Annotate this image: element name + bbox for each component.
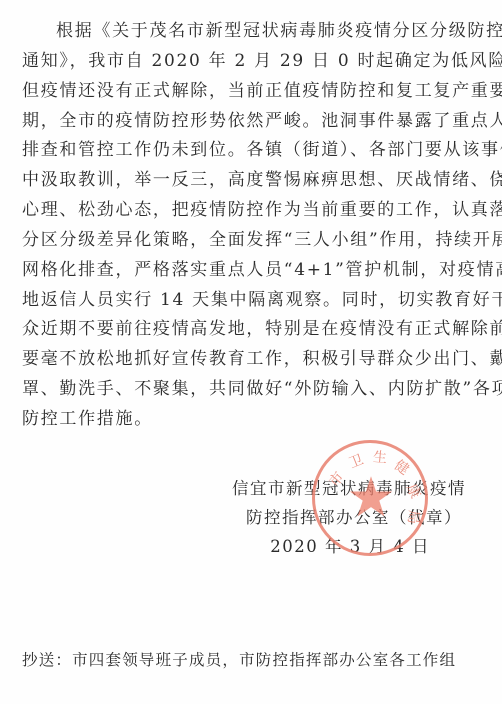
body-line: 中汲取教训，举一反三，高度警惕麻痹思想、厌战情绪、侥幸 (22, 166, 462, 196)
body-line: 众近期不要前往疫情高发地，特别是在疫情没有正式解除前， (22, 315, 462, 345)
body-line: 心理、松劲心态，把疫情防控作为当前重要的工作，认真落实 (22, 196, 462, 226)
body-paragraph: 根据《关于茂名市新型冠状病毒肺炎疫情分区分级防控的 通知》，我市自 2020 年… (22, 17, 462, 435)
seal-char: 卫 (346, 449, 366, 473)
issuer-line-1: 信宜市新型冠状病毒肺炎疫情 (216, 474, 466, 503)
body-line: 通知》，我市自 2020 年 2 月 29 日 0 时起确定为低风险地区。 (22, 47, 462, 77)
body-line: 期，全市的疫情防控形势依然严峻。池洞事件暴露了重点人员 (22, 107, 462, 137)
issue-date: 2020 年 3 月 4 日 (216, 532, 466, 561)
body-line: 罩、勤洗手、不聚集，共同做好“外防输入、内防扩散”各项 (22, 375, 462, 405)
signature-block: 信宜市新型冠状病毒肺炎疫情 防控指挥部办公室（代章） 2020 年 3 月 4 … (216, 474, 466, 561)
body-line: 防控工作措施。 (22, 405, 462, 435)
document-page: 根据《关于茂名市新型冠状病毒肺炎疫情分区分级防控的 通知》，我市自 2020 年… (0, 0, 502, 704)
body-line: 但疫情还没有正式解除，当前正值疫情防控和复工复产重要时 (22, 77, 462, 107)
body-line: 分区分级差异化策略，全面发挥“三人小组”作用，持续开展 (22, 226, 462, 256)
issuer-line-2: 防控指挥部办公室（代章） (216, 503, 466, 532)
body-line: 地返信人员实行 14 天集中隔离观察。同时，切实教育好干部群 (22, 286, 462, 316)
body-line: 网格化排查，严格落实重点人员“4+1”管护机制，对疫情高发 (22, 256, 462, 286)
seal-char: 生 (372, 446, 388, 467)
cc-recipients: 抄送：市四套领导班子成员，市防控指挥部办公室各工作组 (22, 648, 456, 672)
body-line: 要毫不放松地抓好宣传教育工作，积极引导群众少出门、戴口 (22, 345, 462, 375)
body-line: 排查和管控工作仍未到位。各镇（街道）、各部门要从该事件 (22, 136, 462, 166)
body-line: 根据《关于茂名市新型冠状病毒肺炎疫情分区分级防控的 (22, 17, 462, 47)
